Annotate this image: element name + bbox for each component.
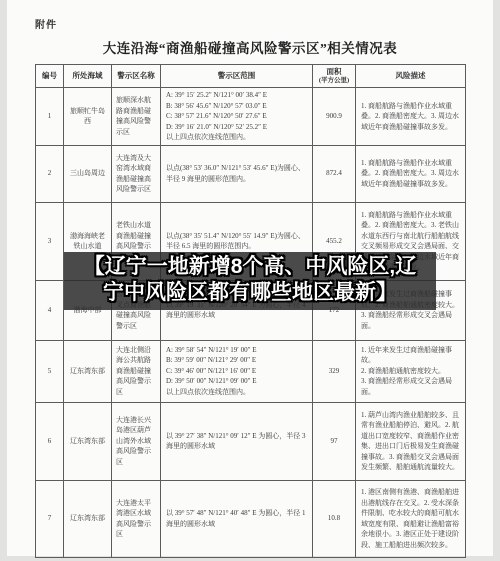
cell-no: 7 bbox=[36, 480, 64, 557]
cell-area: 97 bbox=[313, 402, 356, 480]
table-row: 1 旅顺牤牛岛西 旅顺深水航路商渔船碰撞高风险警示区 A: 39° 15′ 25… bbox=[36, 88, 466, 146]
cell-area: 872.4 bbox=[313, 145, 356, 202]
cell-zone-name: 大连港太平湾港区水域高风险警示区 bbox=[112, 480, 161, 557]
col-header-range: 警示区范围 bbox=[161, 65, 313, 88]
table-row: 5 辽东湾东部 大连北侧沿海公共航路商渔船碰撞高风险警示区 A: 39° 58′… bbox=[36, 340, 466, 402]
cell-risk: 1. 港区南侧有渔港、商渔船舶进出港航线存在交叉。2. 受水深条件限制、吃水较大… bbox=[356, 480, 466, 557]
cell-no: 2 bbox=[36, 145, 64, 202]
cell-zone-name: 大连港长兴岛港区葫芦山湾外水域高风险警示区 bbox=[112, 402, 161, 480]
col-header-risk: 风险描述 bbox=[356, 65, 466, 88]
document-page: 附件 大连沿海“商渔船碰撞高风险警示区”相关情况表 编号 所处海域 警示区名称 … bbox=[0, 0, 500, 561]
cell-zone-range: A: 39° 58′ 54″ N/121° 19′ 00″ E B: 39° 5… bbox=[161, 340, 313, 402]
cell-sea-area: 辽东湾东部 bbox=[64, 340, 112, 402]
table-header-row: 编号 所处海域 警示区名称 警示区范围 面积 (平方公里) 风险描述 bbox=[36, 65, 466, 88]
col-header-area-line1: 面积 bbox=[327, 67, 342, 76]
cell-zone-range: A: 39° 15′ 25.2″ N/121° 00′ 38.4″ E B: 3… bbox=[161, 88, 313, 146]
cell-no: 5 bbox=[36, 340, 64, 402]
cell-zone-range: 以 39° 57′ 48″ N/121° 40′ 48″ E 为圆心，半径 1 … bbox=[161, 480, 313, 557]
cell-area: 10.8 bbox=[313, 480, 356, 557]
table-row: 6 辽东湾东部 大连港长兴岛港区葫芦山湾外水域高风险警示区 以 39° 27′ … bbox=[36, 402, 466, 480]
cell-zone-range: 以点(38° 53′ 36.0″ N/121° 53′ 45.6″ E)为圆心、… bbox=[161, 145, 313, 202]
cell-zone-name: 大连北侧沿海公共航路商渔船碰撞高风险警示区 bbox=[112, 340, 161, 402]
cell-risk: 1. 葫芦山湾内渔业船舶较多、且常有渔业船舶停泊、避风。2. 航道出口宽度较窄、… bbox=[356, 402, 466, 480]
caption-overlay: 【辽宁一地新增8个高、中风险区,辽 宁中风险区都有哪些地区最新】 bbox=[64, 252, 436, 310]
col-header-name: 警示区名称 bbox=[112, 65, 161, 88]
col-header-area-line2: (平方公里) bbox=[314, 77, 354, 86]
col-header-sea: 所处海域 bbox=[64, 65, 112, 88]
cell-zone-name: 大连湾及大窑湾水域商渔船碰撞高风险警示区 bbox=[112, 145, 161, 202]
cell-sea-area: 辽东湾东部 bbox=[64, 402, 112, 480]
cell-risk: 1. 商船航路与渔船作业水域重叠。2. 商渔船密度大。3. 周边水域近年商渔船碰… bbox=[356, 88, 466, 146]
cell-zone-range: 以 39° 27′ 38″ N/121° 09′ 12″ E 为圆心，半径 3 … bbox=[161, 402, 313, 480]
cell-area: 900.9 bbox=[313, 88, 356, 146]
table-row: 2 三山岛周边 大连湾及大窑湾水域商渔船碰撞高风险警示区 以点(38° 53′ … bbox=[36, 145, 466, 202]
page-edge bbox=[493, 0, 500, 561]
col-header-no: 编号 bbox=[36, 65, 64, 88]
cell-sea-area: 辽东湾东部 bbox=[64, 480, 112, 557]
cell-risk: 1. 近年来发生过商渔船碰撞事故。 2. 商渔船舶通航密度较大。 3. 商渔船经… bbox=[356, 340, 466, 402]
cell-risk: 1. 商船航路与渔船作业水域重叠。2. 商渔船密度大。3. 周边水域近年商渔船碰… bbox=[356, 145, 466, 202]
cell-area: 329 bbox=[313, 340, 356, 402]
caption-line-2: 宁中风险区都有哪些地区最新】 bbox=[64, 280, 436, 306]
page-title: 大连沿海“商渔船碰撞高风险警示区”相关情况表 bbox=[0, 37, 500, 57]
attachment-label: 附件 bbox=[35, 16, 57, 31]
cell-no: 3 bbox=[36, 202, 64, 280]
cell-zone-name: 旅顺深水航路商渔船碰撞高风险警示区 bbox=[112, 88, 161, 146]
cell-sea-area: 三山岛周边 bbox=[64, 145, 112, 202]
cell-no: 1 bbox=[36, 88, 64, 146]
page-edge bbox=[0, 0, 7, 561]
cell-no: 6 bbox=[36, 402, 64, 480]
col-header-area: 面积 (平方公里) bbox=[313, 65, 356, 88]
risk-zone-table: 编号 所处海域 警示区名称 警示区范围 面积 (平方公里) 风险描述 1 旅顺牤… bbox=[35, 64, 466, 558]
table-row: 7 辽东湾东部 大连港太平湾港区水域高风险警示区 以 39° 57′ 48″ N… bbox=[36, 480, 466, 557]
cell-sea-area: 旅顺牤牛岛西 bbox=[64, 88, 112, 146]
caption-line-1: 【辽宁一地新增8个高、中风险区,辽 bbox=[64, 254, 436, 280]
cell-no: 4 bbox=[36, 280, 64, 340]
